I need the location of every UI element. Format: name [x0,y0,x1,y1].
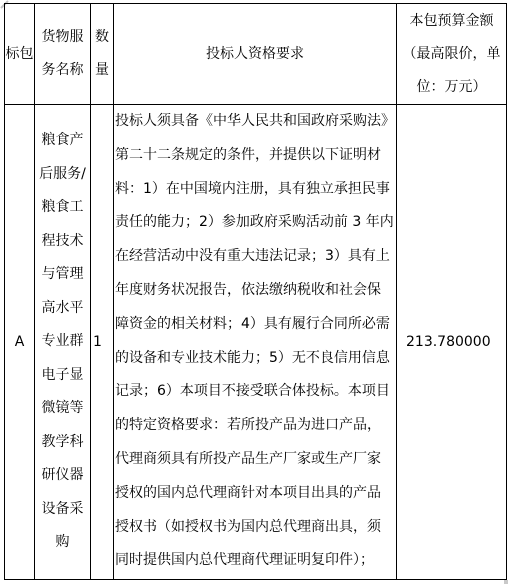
cell-goods-name: 粮食产 后服务/ 粮食工 程技术 与管理 高水平 专业群 电子显 微镜等 教学科… [35,105,91,580]
col-header-budget: 本包预算金额 （最高限价，单 位：万元） [397,4,507,105]
cell-qualification-requirements: 投标人须具备《中华人民共和国政府采购法》 第二十二条规定的条件，并提供以下证明材… [114,105,397,580]
cell-package-id: A [5,105,35,580]
table-header-row: 标包 货物服 务名称 数 量 投标人资格要求 本包预算金额 （最高限价，单 位：… [5,4,507,105]
col-header-quantity: 数 量 [91,4,114,105]
col-header-goods-name: 货物服 务名称 [35,4,91,105]
col-header-package: 标包 [5,4,35,105]
col-header-qualification: 投标人资格要求 [114,4,397,105]
table-resize-handle-icon [504,580,508,584]
procurement-package-table: 标包 货物服 务名称 数 量 投标人资格要求 本包预算金额 （最高限价，单 位：… [4,3,507,580]
cell-quantity: 1 [91,105,114,580]
table-row: A 粮食产 后服务/ 粮食工 程技术 与管理 高水平 专业群 电子显 微镜等 教… [5,105,507,580]
document-page: 标包 货物服 务名称 数 量 投标人资格要求 本包预算金额 （最高限价，单 位：… [0,0,508,586]
cell-budget-amount: 213.780000 [397,105,507,580]
